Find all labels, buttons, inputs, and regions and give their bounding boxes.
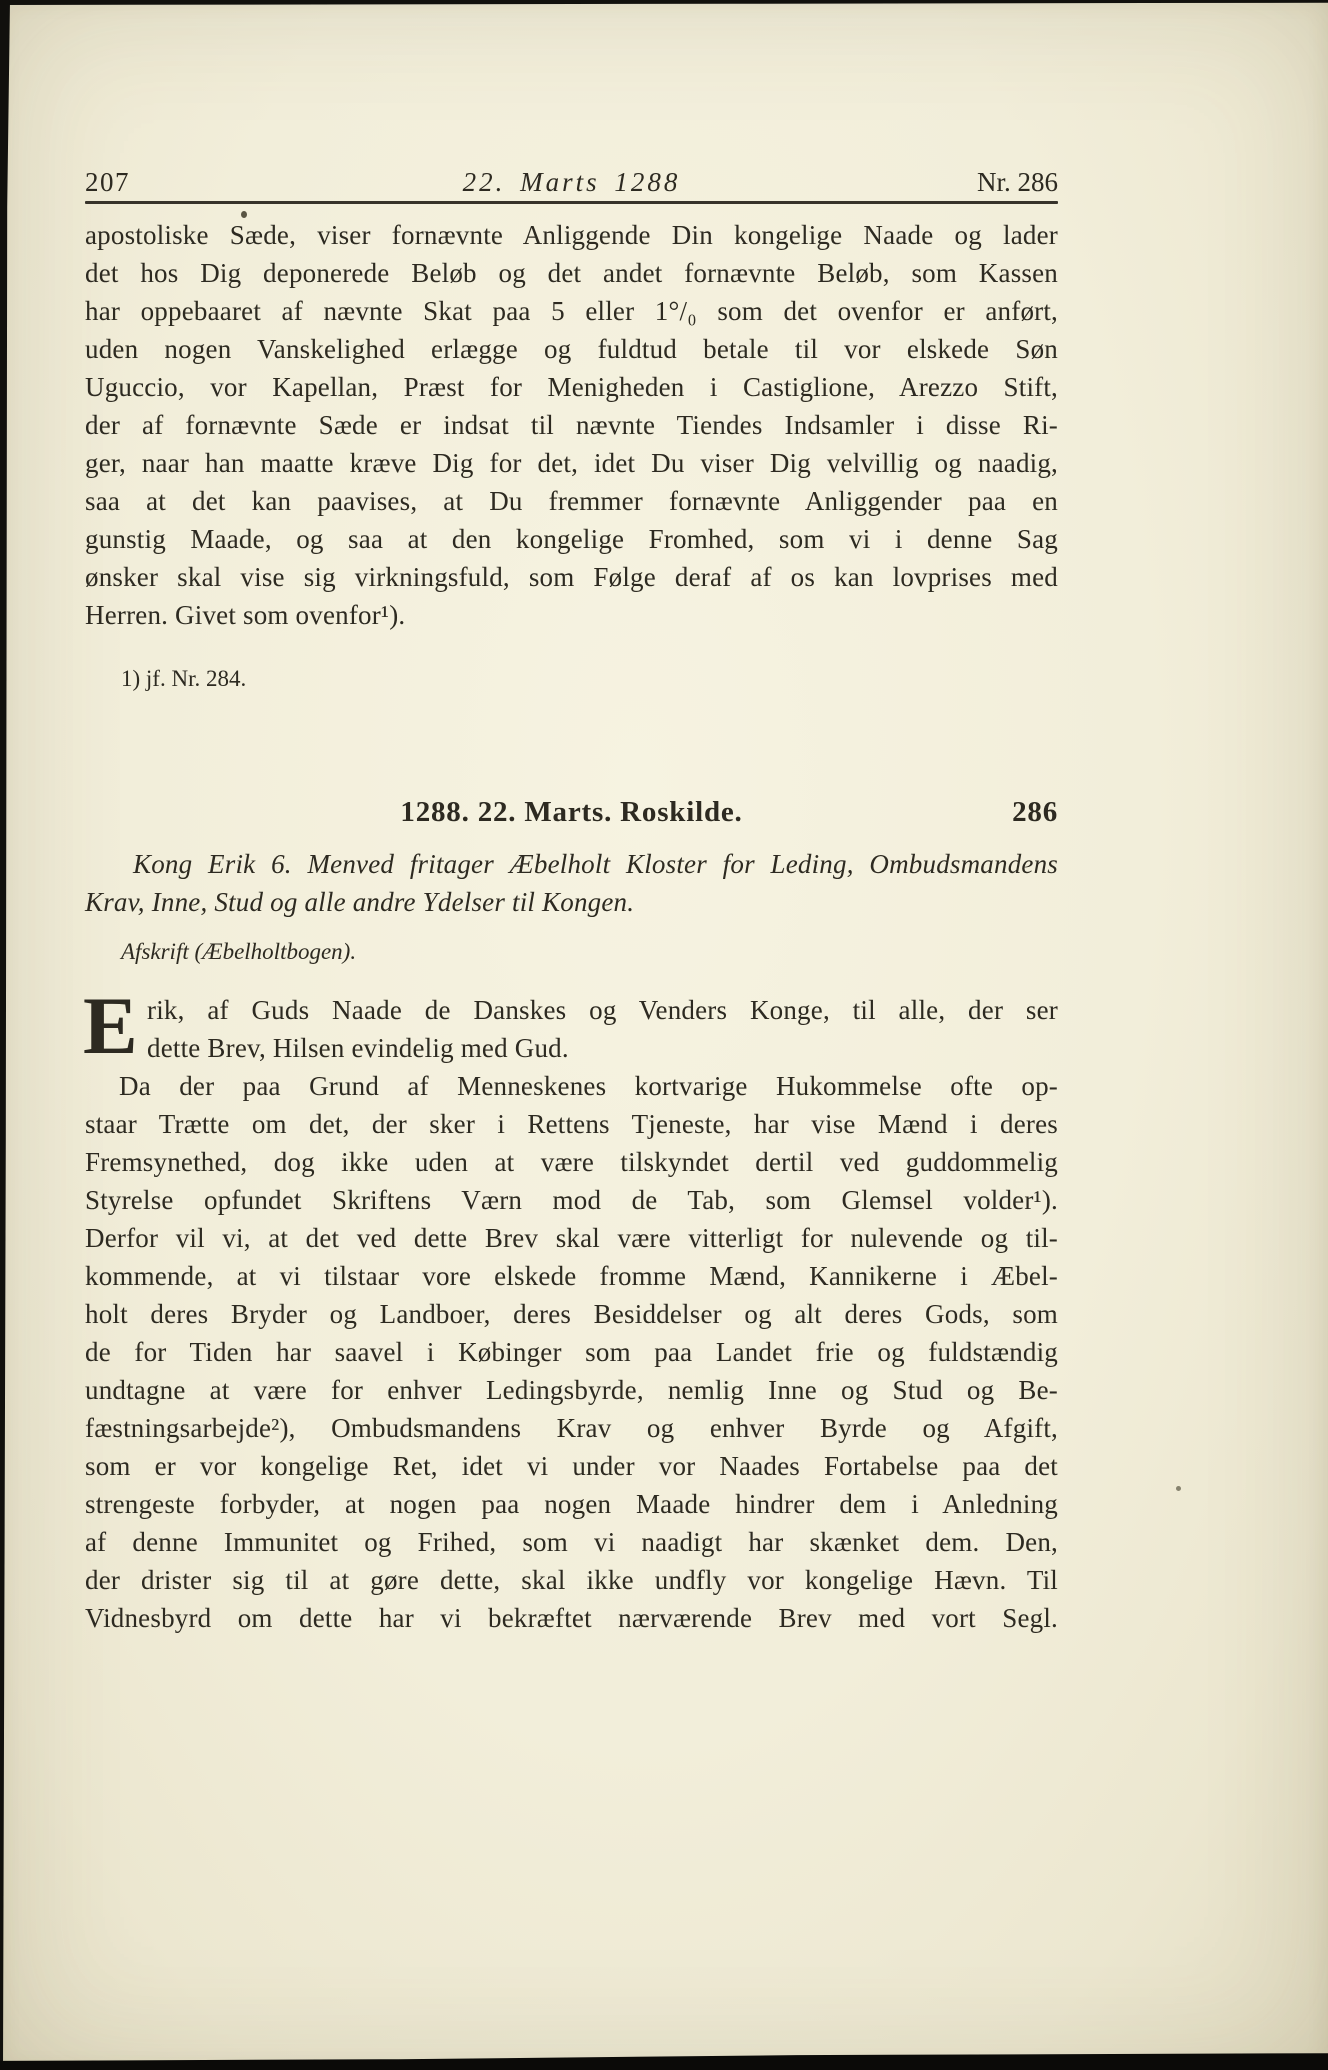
scan-edge-top (0, 0, 1328, 5)
text-line: Vidnesbyrd om dette har vi bekræftet nær… (85, 1599, 1058, 1637)
text-line: apostoliske Sæde, viser fornævnte Anligg… (85, 216, 1058, 254)
header-rule (85, 201, 1058, 204)
text-line: rik, af Guds Naade de Danskes og Venders… (85, 991, 1058, 1029)
text-line: Styrelse opfundet Skriftens Værn mod de … (85, 1181, 1058, 1219)
text-line: Derfor vil vi, at det ved dette Brev ska… (85, 1219, 1058, 1257)
text-line: dette Brev, Hilsen evindelig med Gud. (85, 1029, 1058, 1067)
entry-286-body-lines: rik, af Guds Naade de Danskes og Venders… (85, 991, 1058, 1637)
page-header: 207 22. Marts 1288 Nr. 286 (85, 162, 1058, 202)
text-line: Kong Erik 6. Menved fritager Æbelholt Kl… (85, 845, 1058, 883)
text-line: Krav, Inne, Stud og alle andre Ydelser t… (85, 883, 1058, 921)
text-line: Fremsynethed, dog ikke uden at være tils… (85, 1143, 1058, 1181)
text-line: holt deres Bryder og Landboer, deres Bes… (85, 1295, 1058, 1333)
entry-286-summary: Kong Erik 6. Menved fritager Æbelholt Kl… (85, 845, 1058, 921)
text-line: ønsker skal vise sig virkningsfuld, som … (85, 558, 1058, 596)
ink-speck (1176, 1486, 1181, 1491)
text-line: som er vor kongelige Ret, idet vi under … (85, 1447, 1058, 1485)
page-number: 207 (85, 162, 130, 202)
text-line: staar Trætte om det, der sker i Rettens … (85, 1105, 1058, 1143)
text-line: der drister sig til at gøre dette, skal … (85, 1561, 1058, 1599)
text-line: undtagne at være for enhver Ledingsbyrde… (85, 1371, 1058, 1409)
text-line: fæstningsarbejde²), Ombudsmandens Krav o… (85, 1409, 1058, 1447)
entry-285-continuation-text: apostoliske Sæde, viser fornævnte Anligg… (85, 216, 1058, 634)
text-line: Uguccio, vor Kapellan, Præst for Menighe… (85, 368, 1058, 406)
document-number-label: Nr. 286 (977, 162, 1058, 202)
text-line: gunstig Maade, og saa at den kongelige F… (85, 520, 1058, 558)
scanned-book-page: 207 22. Marts 1288 Nr. 286 apostoliske S… (0, 0, 1328, 2070)
entry-heading-text: 1288. 22. Marts. Roskilde. (400, 796, 742, 828)
text-line: Herren. Givet som ovenfor¹). (85, 596, 1058, 634)
running-title: 22. Marts 1288 (463, 162, 681, 202)
text-line: strengeste forbyder, at nogen paa nogen … (85, 1485, 1058, 1523)
source-note: Afskrift (Æbelholtbogen). (85, 936, 1094, 968)
text-line: kommende, at vi tilstaar vore elskede fr… (85, 1257, 1058, 1295)
text-line: ger, naar han maatte kræve Dig for det, … (85, 444, 1058, 482)
scan-edge-left (0, 0, 10, 2070)
text-line: det hos Dig deponerede Beløb og det ande… (85, 254, 1058, 292)
entry-heading-number: 286 (1012, 793, 1058, 831)
text-line: har oppebaaret af nævnte Skat paa 5 elle… (85, 292, 1058, 330)
entry-286-body: E rik, af Guds Naade de Danskes og Vende… (85, 991, 1058, 1637)
entry-286-heading: 1288. 22. Marts. Roskilde. 286 (85, 793, 1058, 831)
text-line: Da der paa Grund af Menneskenes kortvari… (85, 1067, 1058, 1105)
text-line: af denne Immunitet og Frihed, som vi naa… (85, 1523, 1058, 1561)
footnote-reference: 1) jf. Nr. 284. (85, 664, 1094, 694)
text-line: saa at det kan paavises, at Du fremmer f… (85, 482, 1058, 520)
text-line: der af fornævnte Sæde er indsat til nævn… (85, 406, 1058, 444)
text-line: de for Tiden har saavel i Købinger som p… (85, 1333, 1058, 1371)
text-line: uden nogen Vanskelighed erlægge og fuldt… (85, 330, 1058, 368)
drop-cap: E (83, 986, 138, 1066)
scan-edge-bottom (0, 2046, 1328, 2070)
